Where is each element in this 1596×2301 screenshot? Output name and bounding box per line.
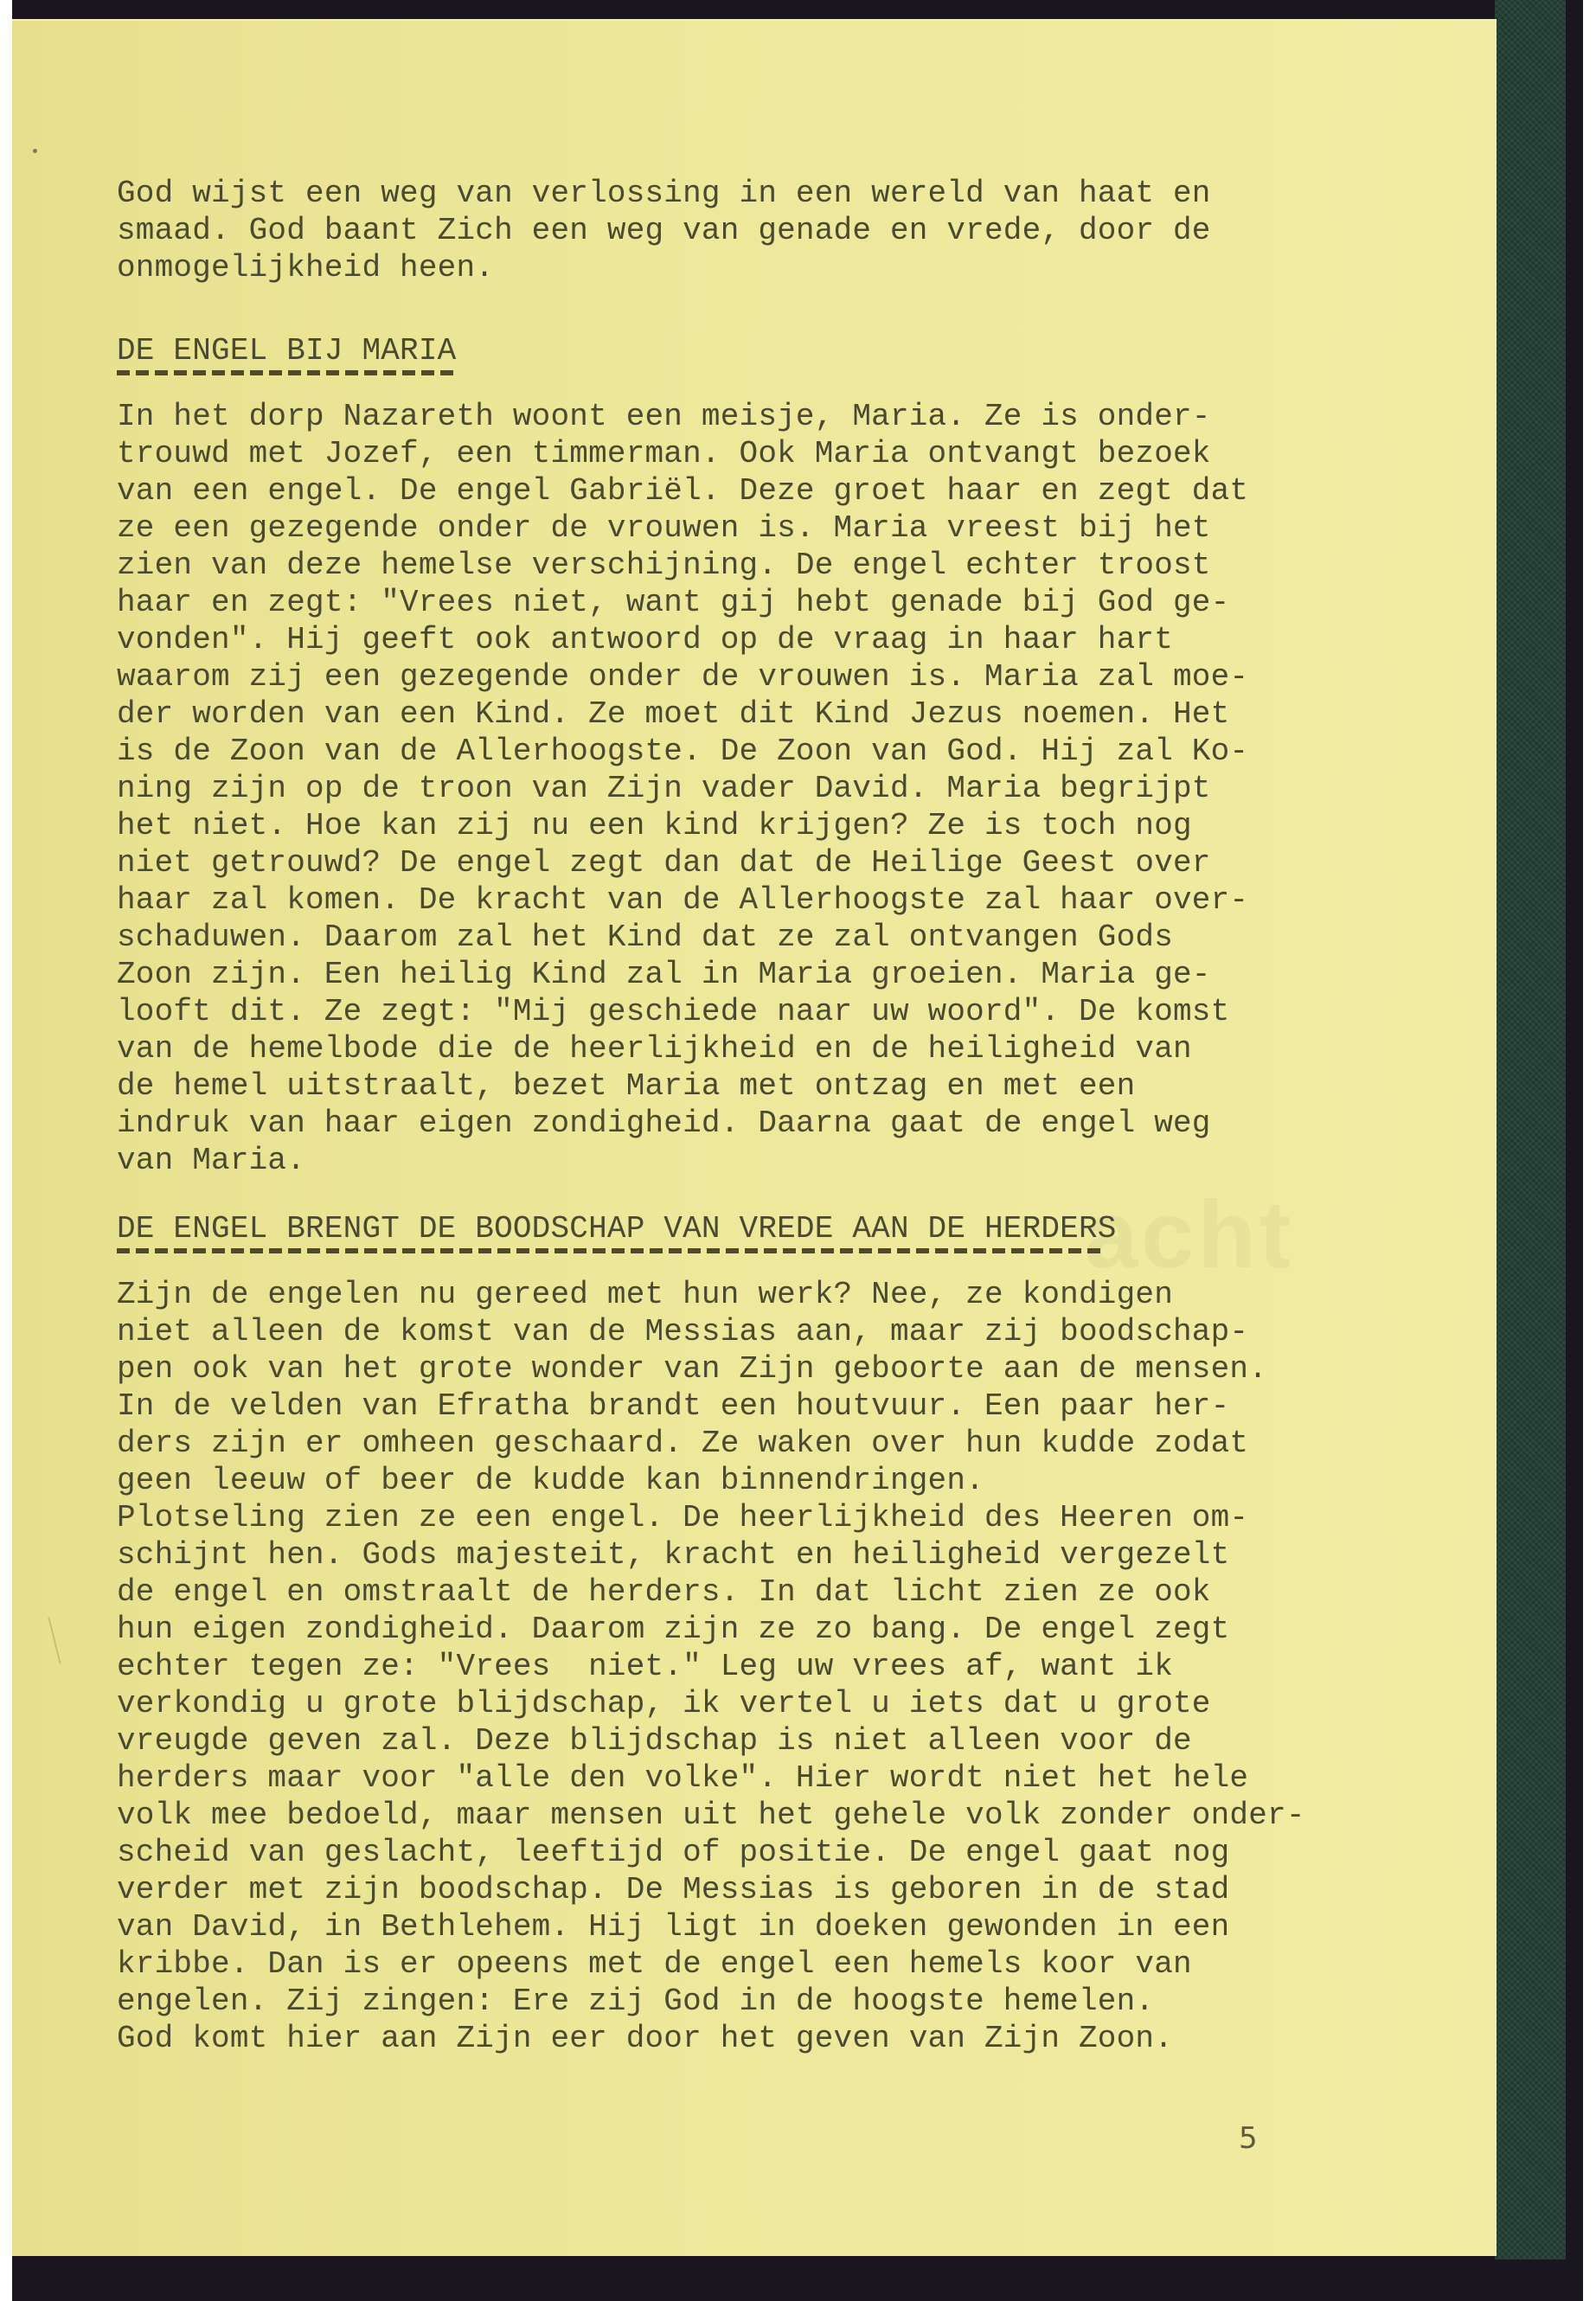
text-line: de engel en omstraalt de herders. In dat… — [117, 1574, 1305, 1611]
text-line: God komt hier aan Zijn eer door het geve… — [117, 2020, 1305, 2057]
text-line: vonden". Hij geeft ook antwoord op de vr… — [117, 621, 1248, 658]
text-line: trouwd met Jozef, een timmerman. Ook Mar… — [117, 435, 1248, 472]
section1-paragraph: In het dorp Nazareth woont een meisje, M… — [117, 398, 1248, 1179]
heading-underline — [117, 370, 456, 375]
pencil-mark — [48, 1618, 61, 1664]
text-line: zien van deze hemelse verschijning. De e… — [117, 547, 1248, 584]
text-line: van de hemelbode die de heerlijkheid en … — [117, 1030, 1248, 1067]
text-line: Plotseling zien ze een engel. De heerlij… — [117, 1499, 1305, 1536]
speck-mark — [33, 149, 37, 153]
book-binding — [1495, 0, 1566, 2259]
heading-title: DE ENGEL BRENGT DE BOODSCHAP VAN VREDE A… — [117, 1212, 1117, 1247]
text-line: vreugde geven zal. Deze blijdschap is ni… — [117, 1722, 1305, 1759]
text-line: van David, in Bethlehem. Hij ligt in doe… — [117, 1908, 1305, 1945]
text-line: kribbe. Dan is er opeens met de engel ee… — [117, 1945, 1305, 1983]
document-page: acht God wijst een weg van verlossing in… — [12, 19, 1497, 2256]
text-line: engelen. Zij zingen: Ere zij God in de h… — [117, 1983, 1305, 2020]
text-line: hun eigen zondigheid. Daarom zijn ze zo … — [117, 1611, 1305, 1648]
text-line: van een engel. De engel Gabriël. Deze gr… — [117, 472, 1248, 510]
text-line: ders zijn er omheen geschaard. Ze waken … — [117, 1425, 1305, 1462]
section2-paragraph: Zijn de engelen nu gereed met hun werk? … — [117, 1276, 1305, 2057]
text-line: de hemel uitstraalt, bezet Maria met ont… — [117, 1067, 1248, 1105]
text-line: smaad. God baant Zich een weg van genade… — [117, 212, 1211, 249]
intro-paragraph: God wijst een weg van verlossing in een … — [117, 175, 1211, 286]
heading-title: DE ENGEL BIJ MARIA — [117, 334, 456, 369]
text-line: schijnt hen. Gods majesteit, kracht en h… — [117, 1536, 1305, 1574]
section-heading-maria: DE ENGEL BIJ MARIA — [117, 334, 456, 375]
text-line: waarom zij een gezegende onder de vrouwe… — [117, 658, 1248, 695]
text-line: onmogelijkheid heen. — [117, 249, 1211, 286]
text-line: ning zijn op de troon van Zijn vader Dav… — [117, 770, 1248, 807]
text-line: ze een gezegende onder de vrouwen is. Ma… — [117, 510, 1248, 547]
text-line: indruk van haar eigen zondigheid. Daarna… — [117, 1105, 1248, 1142]
text-line: Zijn de engelen nu gereed met hun werk? … — [117, 1276, 1305, 1313]
text-line: In het dorp Nazareth woont een meisje, M… — [117, 398, 1248, 435]
text-line: herders maar voor "alle den volke". Hier… — [117, 1759, 1305, 1797]
text-line: niet alleen de komst van de Messias aan,… — [117, 1313, 1305, 1350]
text-line: God wijst een weg van verlossing in een … — [117, 175, 1211, 212]
text-line: der worden van een Kind. Ze moet dit Kin… — [117, 695, 1248, 733]
text-line: In de velden van Efratha brandt een hout… — [117, 1388, 1305, 1425]
text-line: haar zal komen. De kracht van de Allerho… — [117, 881, 1248, 919]
text-line: echter tegen ze: "Vrees niet." Leg uw vr… — [117, 1648, 1305, 1685]
text-line: geen leeuw of beer de kudde kan binnendr… — [117, 1462, 1305, 1499]
text-line: haar en zegt: "Vrees niet, want gij hebt… — [117, 584, 1248, 621]
text-line: is de Zoon van de Allerhoogste. De Zoon … — [117, 733, 1248, 770]
section-heading-herders: DE ENGEL BRENGT DE BOODSCHAP VAN VREDE A… — [117, 1212, 1117, 1253]
text-line: looft dit. Ze zegt: "Mij geschiede naar … — [117, 993, 1248, 1030]
text-line: van Maria. — [117, 1142, 1248, 1179]
heading-underline — [117, 1248, 1103, 1253]
text-line: Zoon zijn. Een heilig Kind zal in Maria … — [117, 956, 1248, 993]
page-number: 5 — [1239, 2121, 1258, 2156]
text-line: verder met zijn boodschap. De Messias is… — [117, 1871, 1305, 1908]
text-line: scheid van geslacht, leeftijd of positie… — [117, 1834, 1305, 1871]
text-line: het niet. Hoe kan zij nu een kind krijge… — [117, 807, 1248, 844]
text-line: pen ook van het grote wonder van Zijn ge… — [117, 1350, 1305, 1388]
text-line: volk mee bedoeld, maar mensen uit het ge… — [117, 1797, 1305, 1834]
text-line: verkondig u grote blijdschap, ik vertel … — [117, 1685, 1305, 1722]
text-line: niet getrouwd? De engel zegt dan dat de … — [117, 844, 1248, 881]
text-line: schaduwen. Daarom zal het Kind dat ze za… — [117, 919, 1248, 956]
